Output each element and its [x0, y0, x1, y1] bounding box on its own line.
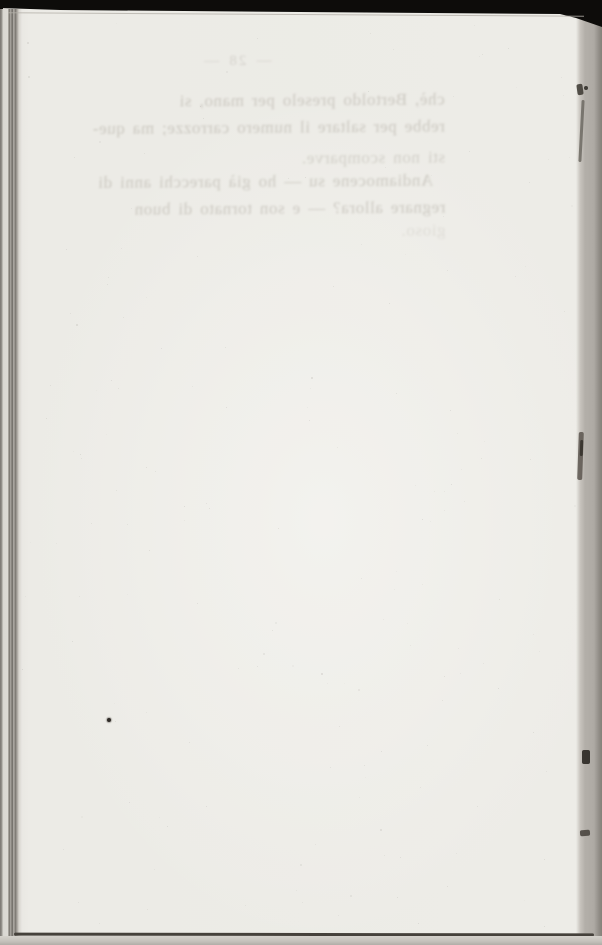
paper-page [3, 8, 584, 938]
page-stack-fore-edge [576, 13, 602, 945]
page-bottom-strip [0, 936, 602, 945]
book-scan: — 28 — chè, Bertoldo preselo per mano, s… [0, 0, 602, 945]
binding-gutter-edge [0, 9, 22, 938]
